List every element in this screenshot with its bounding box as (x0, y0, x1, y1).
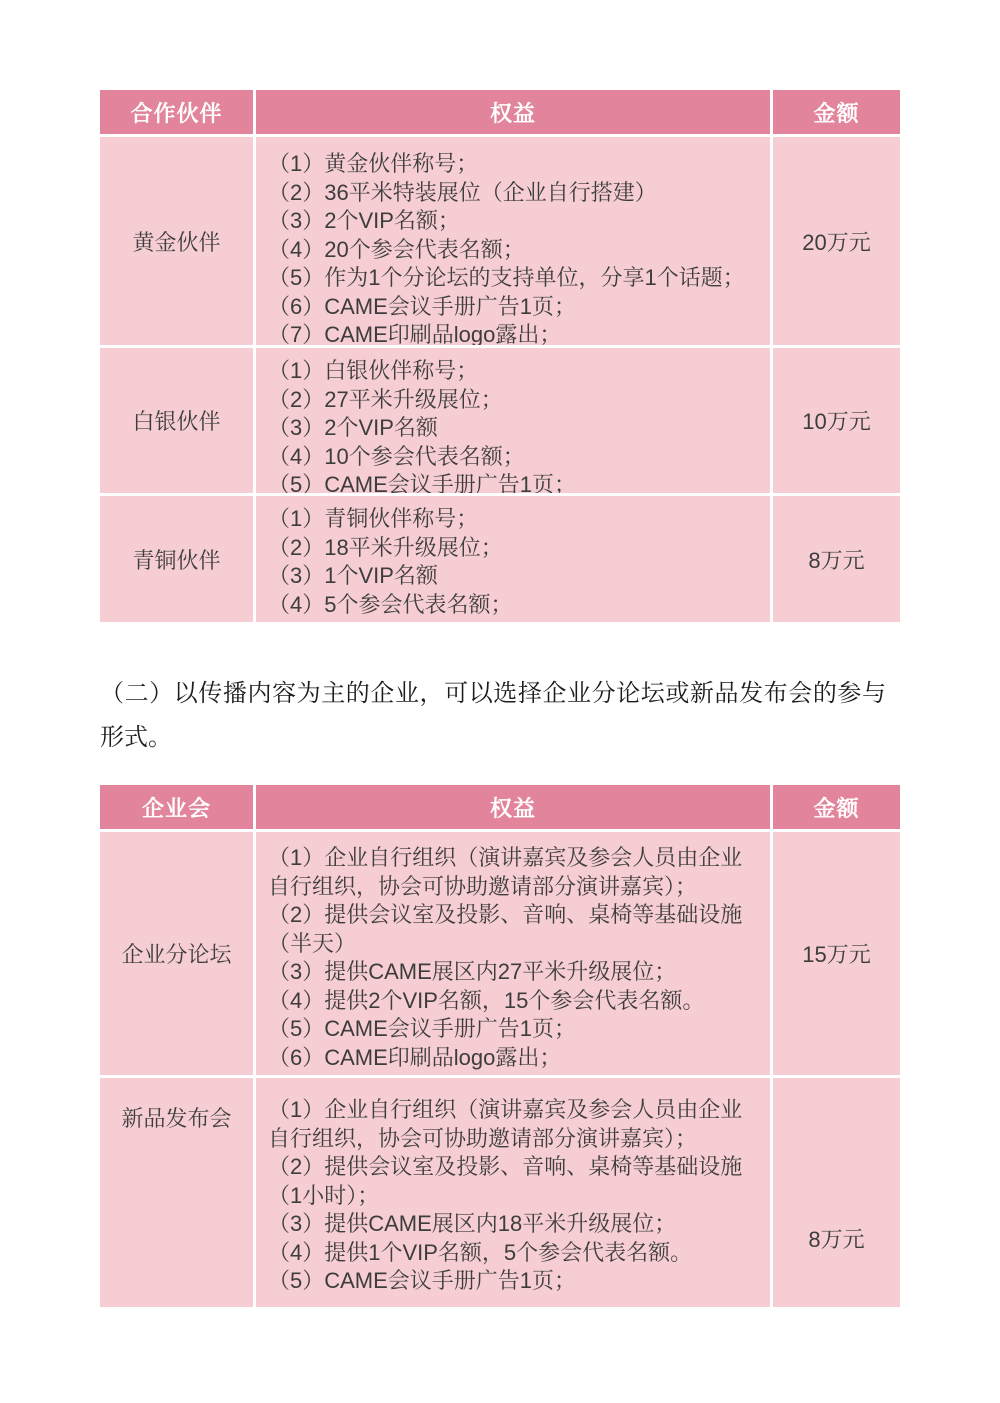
partner-table-header-partner: 合作伙伴 (100, 90, 253, 134)
partner-row-bronze-name: 青铜伙伴 (100, 496, 253, 622)
partner-row-silver-amount: 10万元 (773, 348, 900, 493)
partner-table-header-amount: 金额 (773, 90, 900, 134)
enterprise-table-header-benefits: 权益 (256, 785, 770, 829)
partner-table: 合作伙伴 权益 金额 黄金伙伴 （1）黄金伙伴称号； （2）36平米特装展位（企… (100, 90, 900, 622)
partner-row-gold-name: 黄金伙伴 (100, 137, 253, 345)
document-page: 合作伙伴 权益 金额 黄金伙伴 （1）黄金伙伴称号； （2）36平米特装展位（企… (0, 0, 1000, 1403)
enterprise-table: 企业会 权益 金额 企业分论坛 （1）企业自行组织（演讲嘉宾及参会人员由企业 自… (100, 785, 900, 1307)
partner-row-gold-amount: 20万元 (773, 137, 900, 345)
enterprise-row-forum-name: 企业分论坛 (100, 832, 253, 1075)
enterprise-row-launch-name: 新品发布会 (100, 1078, 253, 1307)
enterprise-row-forum-benefits: （1）企业自行组织（演讲嘉宾及参会人员由企业 自行组织，协会可协助邀请部分演讲嘉… (256, 832, 770, 1075)
partner-row-bronze-benefits: （1）青铜伙伴称号； （2）18平米升级展位； （3）1个VIP名额 （4）5个… (256, 496, 770, 622)
partner-row-bronze-amount: 8万元 (773, 496, 900, 622)
partner-row-silver-name: 白银伙伴 (100, 348, 253, 493)
partner-table-header-benefits: 权益 (256, 90, 770, 134)
enterprise-row-launch-amount: 8万元 (773, 1078, 900, 1307)
enterprise-table-header-type: 企业会 (100, 785, 253, 829)
partner-row-gold-benefits: （1）黄金伙伴称号； （2）36平米特装展位（企业自行搭建） （3）2个VIP名… (256, 137, 770, 345)
enterprise-table-header-amount: 金额 (773, 785, 900, 829)
enterprise-row-launch-benefits: （1）企业自行组织（演讲嘉宾及参会人员由企业 自行组织，协会可协助邀请部分演讲嘉… (256, 1078, 770, 1307)
section-intro-paragraph: （二）以传播内容为主的企业，可以选择企业分论坛或新品发布会的参与形式。 (100, 672, 886, 760)
enterprise-row-forum-amount: 15万元 (773, 832, 900, 1075)
partner-row-silver-benefits: （1）白银伙伴称号； （2）27平米升级展位； （3）2个VIP名额 （4）10… (256, 348, 770, 493)
